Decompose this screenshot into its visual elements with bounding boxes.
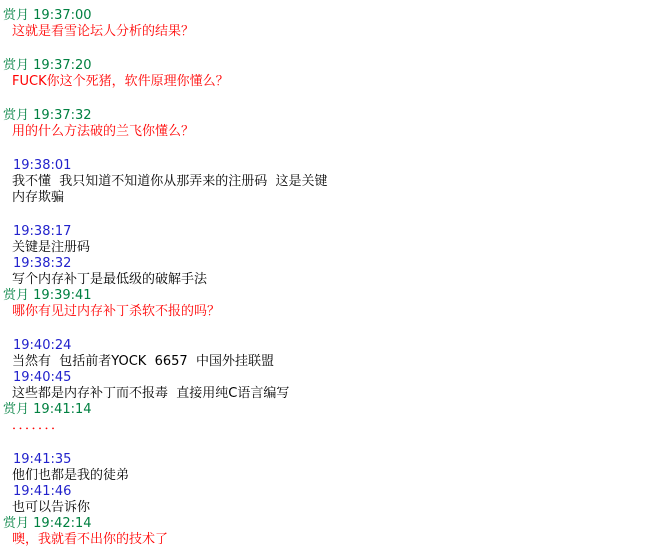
message-header-other: 19:41:35 <box>0 452 661 468</box>
message-header-self: 赏月 19:37:00 <box>0 8 661 24</box>
timestamp: 19:38:32 <box>13 256 71 271</box>
timestamp: 19:38:01 <box>13 158 71 173</box>
timestamp: 19:42:14 <box>33 516 91 531</box>
timestamp: 19:40:45 <box>13 370 71 385</box>
message-text: 他们也都是我的徒弟 <box>0 468 661 484</box>
sender-name: 赏月 <box>3 108 29 123</box>
timestamp: 19:37:32 <box>33 108 91 123</box>
message-header-other: 19:38:32 <box>0 256 661 272</box>
message-header-other: 19:40:45 <box>0 370 661 386</box>
chat-message: 19:38:17关键是注册码 <box>0 224 661 256</box>
sender-name: 赏月 <box>3 402 29 417</box>
message-text: FUCK你这个死猪，软件原理你懂么？ <box>0 74 661 90</box>
chat-message: 19:40:45这些都是内存补丁而不报毒 直接用纯C语言编写 <box>0 370 661 402</box>
message-text: ．．．．．．． <box>0 418 661 434</box>
message-text: 关键是注册码 <box>0 240 661 256</box>
timestamp: 19:37:00 <box>33 8 91 23</box>
message-header-self: 赏月 19:37:20 <box>0 58 661 74</box>
chat-log: 赏月 19:37:00这就是看雪论坛人分析的结果？赏月 19:37:20FUCK… <box>0 0 661 543</box>
message-header-self: 赏月 19:39:41 <box>0 288 661 304</box>
chat-message: 赏月 19:42:14噢，我就看不出你的技术了 <box>0 516 661 548</box>
timestamp: 19:37:20 <box>33 58 91 73</box>
message-header-self: 赏月 19:42:14 <box>0 516 661 532</box>
message-text: 也可以告诉你 <box>0 500 661 516</box>
chat-message: 赏月 19:39:41哪你有见过内存补丁杀软不报的吗？ <box>0 288 661 320</box>
message-header-self: 赏月 19:37:32 <box>0 108 661 124</box>
sender-name: 赏月 <box>3 516 29 531</box>
chat-message: 赏月 19:37:00这就是看雪论坛人分析的结果？ <box>0 8 661 40</box>
chat-message: 赏月 19:41:14．．．．．．． <box>0 402 661 434</box>
chat-message: 19:38:32写个内存补丁是最低级的破解手法 <box>0 256 661 288</box>
message-header-other: 19:41:46 <box>0 484 661 500</box>
chat-message: 19:40:24当然有 包括前者YOCK 6657 中国外挂联盟 <box>0 338 661 370</box>
chat-message: 赏月 19:37:32用的什么方法破的兰飞你懂么？ <box>0 108 661 140</box>
message-text: 写个内存补丁是最低级的破解手法 <box>0 272 661 288</box>
message-text: 噢，我就看不出你的技术了 <box>0 532 661 548</box>
timestamp: 19:38:17 <box>13 224 71 239</box>
timestamp: 19:40:24 <box>13 338 71 353</box>
message-text: 用的什么方法破的兰飞你懂么？ <box>0 124 661 140</box>
chat-message: 19:41:35他们也都是我的徒弟 <box>0 452 661 484</box>
timestamp: 19:41:14 <box>33 402 91 417</box>
chat-message: 赏月 19:37:20FUCK你这个死猪，软件原理你懂么？ <box>0 58 661 90</box>
sender-name: 赏月 <box>3 58 29 73</box>
sender-name: 赏月 <box>3 8 29 23</box>
message-header-other: 19:40:24 <box>0 338 661 354</box>
message-text: 当然有 包括前者YOCK 6657 中国外挂联盟 <box>0 354 661 370</box>
message-text: 内存欺骗 <box>0 190 661 206</box>
message-text: 我不懂 我只知道不知道你从那弄来的注册码 这是关键 <box>0 174 661 190</box>
chat-message: 19:41:46也可以告诉你 <box>0 484 661 516</box>
timestamp: 19:41:35 <box>13 452 71 467</box>
message-header-other: 19:38:01 <box>0 158 661 174</box>
timestamp: 19:41:46 <box>13 484 71 499</box>
message-header-self: 赏月 19:41:14 <box>0 402 661 418</box>
sender-name: 赏月 <box>3 288 29 303</box>
message-header-other: 19:38:17 <box>0 224 661 240</box>
chat-message: 19:38:01我不懂 我只知道不知道你从那弄来的注册码 这是关键内存欺骗 <box>0 158 661 206</box>
message-text: 哪你有见过内存补丁杀软不报的吗？ <box>0 304 661 320</box>
message-text: 这就是看雪论坛人分析的结果？ <box>0 24 661 40</box>
message-text: 这些都是内存补丁而不报毒 直接用纯C语言编写 <box>0 386 661 402</box>
timestamp: 19:39:41 <box>33 288 91 303</box>
